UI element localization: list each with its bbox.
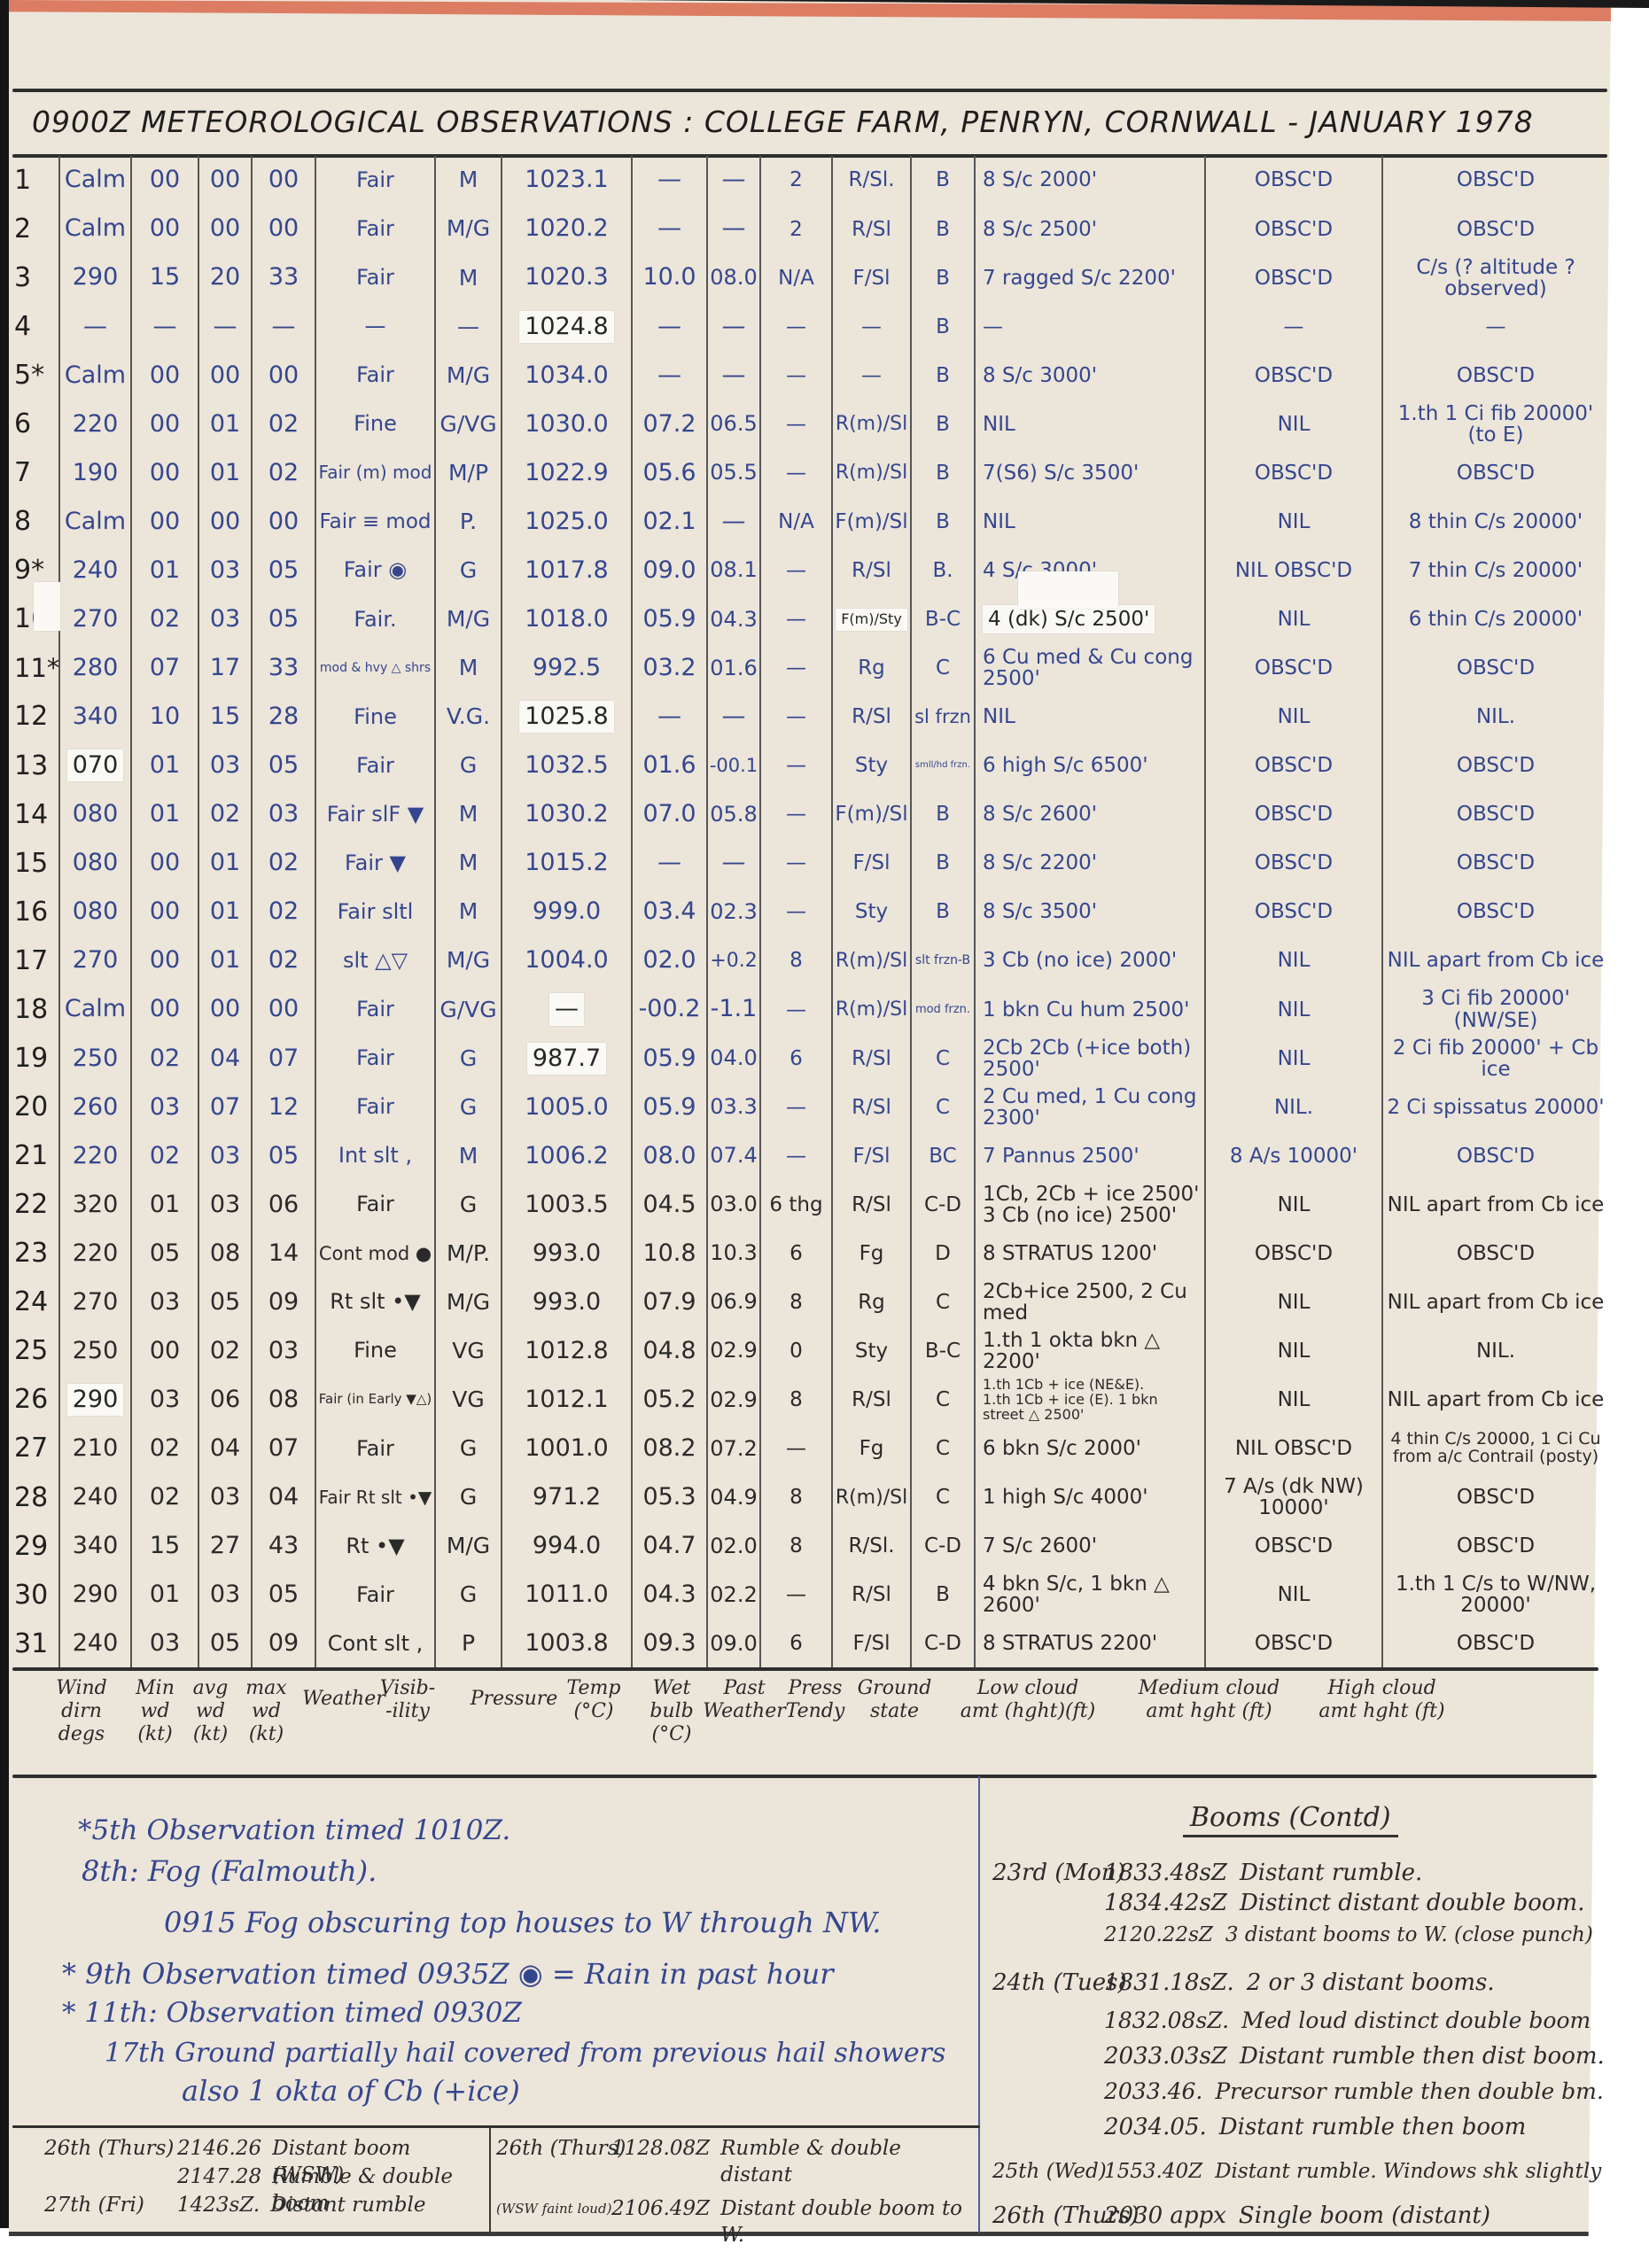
log-entry: (WSW faint loud)2106.49ZDistant double b… (496, 2195, 979, 2249)
legend-ground-state: Ground state (852, 1677, 937, 1723)
cell-high-cloud: OBSC'D (1381, 1131, 1608, 1180)
cell-high-cloud: OBSC'D (1381, 351, 1608, 400)
cell-medium-cloud: OBSC'D (1204, 790, 1381, 839)
cell-text: B (936, 316, 950, 338)
table-row: 26290030608Fair (in Early ▼△)VG1012.105.… (9, 1376, 1608, 1425)
cell-pressure: 1025.8 (501, 693, 631, 742)
cell-text: 1015.2 (525, 850, 608, 875)
cell-text: 993.0 (533, 1241, 601, 1266)
cell-press-tendency: — (831, 351, 910, 400)
cell-high-cloud: NIL apart from Cb ice (1381, 1180, 1608, 1229)
cell-low-cloud: 8 S/c 2000' (974, 156, 1204, 205)
cell-wind-dir: 220 (58, 400, 130, 448)
legend-temp: Temp (°C) (558, 1677, 629, 1723)
legend-avg-wind: avg wd (kt) (182, 1677, 239, 1746)
cell-text: P (462, 1632, 475, 1655)
entry-day: 23rd (Mon) (992, 1858, 1104, 1888)
cell-high-cloud: 6 thin C/s 20000' (1381, 595, 1608, 644)
cell-text: NIL. (1476, 1340, 1515, 1362)
cell-wind-dir: 250 (58, 1327, 130, 1376)
cell-avg-wd: 01 (198, 839, 251, 888)
cell-wet-bulb: 04.9 (706, 1473, 759, 1522)
cell-text: Fair (356, 1096, 394, 1118)
cell-text: C (936, 1438, 950, 1459)
cell-text: NIL OBSC'D (1235, 1438, 1352, 1459)
cell-max-wd: 04 (251, 1473, 315, 1522)
cell-pressure: 1030.0 (501, 400, 631, 448)
cell-wind-dir: 270 (58, 936, 130, 985)
cell-text: 01 (210, 948, 240, 973)
cell-day: 23 (9, 1229, 58, 1278)
table-row: 15080000102Fair ▼M1015.2———F/SlB8 S/c 22… (9, 839, 1608, 888)
cell-past-weather: — (759, 1131, 831, 1180)
cell-wind-dir: 290 (58, 1376, 130, 1425)
cell-text: — (272, 315, 296, 339)
correction-slip-text: 1025.8 (519, 701, 613, 733)
bottom-box-divider (489, 2127, 491, 2232)
entry-time: 2033.46. (1104, 2077, 1202, 2107)
cell-text: 8 STRATUS 2200' (983, 1633, 1157, 1654)
cell-past-weather: — (759, 351, 831, 400)
cell-avg-wd: 08 (198, 1229, 251, 1278)
cell-ground-state: BC (910, 1131, 974, 1180)
cell-text: 05 (268, 1144, 299, 1169)
cell-text: 7 (14, 459, 31, 487)
cell-text: 1022.9 (525, 461, 608, 485)
entry-text: 3 distant booms to W. (close punch) (1225, 1920, 1593, 1950)
cell-avg-wd: 04 (198, 1034, 251, 1083)
cell-min-wd: 01 (130, 1571, 198, 1619)
cell-temp: 05.9 (631, 1083, 706, 1131)
cell-visibility: G (434, 1425, 501, 1473)
cell-text: 15 (150, 265, 180, 290)
cell-pressure: 1034.0 (501, 351, 631, 400)
table-row: 1Calm000000FairM1023.1——2R/Sl.B8 S/c 200… (9, 156, 1608, 205)
cell-pressure: 1030.2 (501, 790, 631, 839)
cell-text: 00 (210, 167, 240, 192)
cell-pressure: 1012.1 (501, 1376, 631, 1425)
entry-text: Rumble & double distant boom to W. (720, 2135, 979, 2192)
cell-medium-cloud: OBSC'D (1204, 351, 1381, 400)
cell-text: NIL OBSC'D (1235, 560, 1352, 581)
title-rule-top (12, 89, 1607, 92)
cell-text: 00 (150, 948, 180, 973)
cell-wet-bulb: 08.0 (706, 253, 759, 302)
cell-visibility: P (434, 1619, 501, 1668)
cell-text: 04 (210, 1436, 240, 1461)
cell-text: — (657, 704, 681, 729)
cell-text: Calm (65, 997, 126, 1021)
cell-text: Fair (356, 267, 394, 289)
cell-day: 3 (9, 253, 58, 302)
cell-text: 8 S/c 2500' (983, 219, 1097, 240)
cell-weather: Fair slF ▼ (315, 790, 434, 839)
cell-text: 09.0 (710, 1633, 757, 1655)
cell-day: 1 (9, 156, 58, 205)
cell-visibility: M/G (434, 351, 501, 400)
cell-text: 8 S/c 2200' (983, 852, 1097, 874)
cell-ground-state: C-D (910, 1522, 974, 1571)
cell-text: 02 (268, 899, 299, 924)
cell-text: 02 (210, 802, 240, 827)
cell-text: 13 (14, 752, 48, 781)
cell-text: 270 (73, 948, 119, 973)
cell-text: 03.4 (642, 899, 696, 924)
cell-text: 00 (150, 899, 180, 924)
cell-text: 05 (150, 1241, 180, 1266)
cell-text: 00 (150, 509, 180, 534)
cell-text: 03 (268, 802, 299, 827)
cell-wind-dir: 320 (58, 1180, 130, 1229)
cell-text: 00 (210, 363, 240, 388)
cell-ground-state: C-D (910, 1180, 974, 1229)
cell-text: 14 (14, 801, 48, 829)
cell-wet-bulb: 08.1 (706, 547, 759, 595)
cell-text: 06 (268, 1192, 299, 1217)
cell-text: 04.7 (642, 1534, 696, 1558)
cell-weather: Fair (315, 985, 434, 1034)
cell-min-wd: 07 (130, 644, 198, 693)
cell-day: 2 (9, 205, 58, 253)
cell-min-wd: 03 (130, 1619, 198, 1668)
cell-ground-state: B (910, 400, 974, 448)
cell-text: M/P. (447, 1242, 490, 1265)
entry-text: Distinct distant double boom. (1240, 1888, 1585, 1918)
cell-low-cloud: 6 high S/c 6500' (974, 742, 1204, 790)
cell-text: 00 (150, 363, 180, 388)
cell-text: 1004.0 (525, 948, 608, 973)
cell-text: 8 S/c 2000' (983, 169, 1097, 190)
cell-text: C-D (924, 1194, 961, 1216)
cell-text: NIL (1278, 1048, 1311, 1069)
cell-text: 00 (150, 1339, 180, 1363)
cell-medium-cloud: OBSC'D (1204, 448, 1381, 497)
cell-text: 2 (789, 169, 803, 190)
cell-avg-wd: 20 (198, 253, 251, 302)
cell-text: 07.9 (642, 1290, 696, 1315)
cell-text: 05.9 (642, 1046, 696, 1071)
cell-text: 1003.5 (525, 1192, 608, 1217)
cell-text: — (657, 315, 681, 339)
cell-text: R/Sl (852, 1097, 891, 1118)
cell-text: 8 (789, 1535, 803, 1557)
cell-min-wd: 00 (130, 888, 198, 936)
cell-high-cloud: OBSC'D (1381, 448, 1608, 497)
cell-press-tendency: Sty (831, 888, 910, 936)
cell-max-wd: — (251, 302, 315, 351)
cell-text: Fine (354, 413, 397, 435)
cell-text: 02.0 (710, 1535, 757, 1557)
cell-press-tendency: Fg (831, 1425, 910, 1473)
cell-max-wd: 02 (251, 888, 315, 936)
cell-avg-wd: 05 (198, 1619, 251, 1668)
cell-text: 02 (150, 1144, 180, 1169)
cell-text: 9* (14, 556, 44, 585)
cell-press-tendency: — (831, 302, 910, 351)
cell-text: 1020.2 (525, 216, 608, 241)
cell-text: — (722, 363, 746, 388)
cell-text: M/G (447, 1291, 490, 1314)
cell-temp: 08.2 (631, 1425, 706, 1473)
cell-text: 00 (210, 216, 240, 241)
cell-min-wd: 02 (130, 1425, 198, 1473)
cell-wet-bulb: — (706, 497, 759, 546)
cell-press-tendency: Sty (831, 742, 910, 790)
cell-press-tendency: R/Sl (831, 1376, 910, 1425)
cell-text: 09.3 (642, 1631, 696, 1656)
cell-visibility: M (434, 839, 501, 888)
entry-time: 1834.42sZ (1104, 1888, 1227, 1918)
cell-text: NIL (983, 511, 1015, 532)
cell-text: NIL (1278, 706, 1311, 727)
cell-text: F/Sl (853, 268, 891, 289)
cell-day: 22 (9, 1180, 58, 1229)
cell-ground-state: B (910, 1571, 974, 1619)
cell-min-wd: 00 (130, 400, 198, 448)
cell-max-wd: 43 (251, 1522, 315, 1571)
cell-text: 33 (268, 656, 299, 680)
cell-wind-dir: — (58, 302, 130, 351)
table-row: 4——————1024.8————B——— (9, 302, 1608, 351)
cell-text: 02 (268, 412, 299, 437)
cell-wet-bulb: 04.3 (706, 595, 759, 644)
cell-text: mod frzn. (915, 1004, 970, 1016)
cell-ground-state: B (910, 302, 974, 351)
cell-visibility: M (434, 253, 501, 302)
cell-avg-wd: 03 (198, 1180, 251, 1229)
cell-text: OBSC'D (1457, 657, 1535, 679)
cell-text: 05.6 (642, 461, 696, 485)
cell-avg-wd: 01 (198, 448, 251, 497)
cell-past-weather: 8 (759, 1473, 831, 1522)
cell-wind-dir: 340 (58, 693, 130, 742)
cell-text: Calm (65, 363, 126, 388)
cell-visibility: V.G. (434, 693, 501, 742)
cell-wind-dir: 080 (58, 888, 130, 936)
cell-visibility: G (434, 547, 501, 595)
cell-past-weather: 8 (759, 1376, 831, 1425)
cell-temp: 07.9 (631, 1278, 706, 1326)
cell-temp: 05.9 (631, 1034, 706, 1083)
cell-text: 04 (268, 1485, 299, 1510)
cell-text: 270 (73, 1290, 119, 1315)
cell-high-cloud: OBSC'D (1381, 1522, 1608, 1571)
table-row: 8Calm000000Fair ≡ modP.1025.002.1—N/AF(m… (9, 497, 1608, 546)
cell-text: OBSC'D (1457, 755, 1535, 776)
cell-weather: Fair ▼ (315, 839, 434, 888)
cell-text: 02 (150, 607, 180, 632)
cell-text: 994.0 (533, 1534, 601, 1558)
cell-text: 1003.8 (525, 1631, 608, 1656)
cell-text: 340 (73, 1534, 119, 1558)
cell-text: 210 (73, 1436, 119, 1461)
cell-day: 26 (9, 1376, 58, 1425)
cell-text: Calm (65, 216, 126, 241)
table-row: 21220020305Int slt ,M1006.208.007.4—F/Sl… (9, 1131, 1608, 1180)
cell-day: 15 (9, 839, 58, 888)
entry-time: 2033.03sZ (1104, 2041, 1227, 2071)
cell-low-cloud: 1Cb, 2Cb + ice 2500' 3 Cb (no ice) 2500' (974, 1180, 1204, 1229)
cell-text: R/Sl. (848, 169, 894, 190)
cell-pressure: 1023.1 (501, 156, 631, 205)
entry-text: Distant rumble. (1240, 1858, 1422, 1888)
cell-min-wd: 02 (130, 595, 198, 644)
table-row: 20260030712FairG1005.005.903.3—R/SlC2 Cu… (9, 1083, 1608, 1131)
cell-text: Sty (855, 755, 888, 776)
cell-text: — (722, 216, 746, 241)
cell-high-cloud: 2 Ci fib 20000' + Cb ice (1381, 1034, 1608, 1083)
cell-wind-dir: 220 (58, 1229, 130, 1278)
cell-low-cloud: 7 ragged S/c 2200' (974, 253, 1204, 302)
cell-temp: — (631, 351, 706, 400)
cell-wet-bulb: 10.3 (706, 1229, 759, 1278)
cell-text: OBSC'D (1255, 852, 1333, 874)
cell-temp: 05.6 (631, 448, 706, 497)
cell-text: 08.0 (710, 267, 757, 289)
cell-text: sl frzn (914, 707, 971, 726)
cell-text: — (1284, 316, 1304, 338)
cell-max-wd: 02 (251, 839, 315, 888)
cell-wet-bulb: — (706, 156, 759, 205)
cell-max-wd: 03 (251, 1327, 315, 1376)
cell-wind-dir: Calm (58, 351, 130, 400)
cell-text: Rt •▼ (346, 1535, 404, 1557)
cell-text: NIL (1278, 1194, 1311, 1216)
cell-text: 02.9 (710, 1340, 757, 1362)
cell-text: Fair (356, 1584, 394, 1606)
cell-ground-state: B (910, 448, 974, 497)
cell-text: Fair (356, 1047, 394, 1069)
cell-text: 12 (14, 703, 48, 731)
cell-text: F/Sl (853, 1633, 891, 1654)
cell-text: 02.0 (642, 948, 696, 973)
cell-text: NIL (1278, 999, 1311, 1021)
cell-pressure: 999.0 (501, 888, 631, 936)
cell-past-weather: — (759, 1425, 831, 1473)
cell-max-wd: 05 (251, 1131, 315, 1180)
cell-text: 971.2 (533, 1485, 601, 1510)
cell-text: OBSC'D (1255, 1535, 1333, 1557)
cell-low-cloud: NIL (974, 497, 1204, 546)
cell-text: 270 (73, 607, 119, 632)
cell-text: OBSC'D (1255, 268, 1333, 289)
cell-ground-state: C-D (910, 1619, 974, 1668)
cell-visibility: G (434, 1571, 501, 1619)
cell-weather: Fair ◉ (315, 547, 434, 595)
cell-ground-state: C (910, 1376, 974, 1425)
cell-temp: 05.3 (631, 1473, 706, 1522)
cell-max-wd: 00 (251, 985, 315, 1034)
cell-text: 07.4 (710, 1145, 757, 1167)
cell-day: 28 (9, 1473, 58, 1522)
cell-text: 03 (210, 1485, 240, 1510)
cell-temp: 04.8 (631, 1327, 706, 1376)
cell-weather: mod & hvy △ shrs (315, 644, 434, 693)
cell-text: 08 (268, 1387, 299, 1412)
cell-low-cloud: NIL (974, 693, 1204, 742)
cell-avg-wd: 01 (198, 888, 251, 936)
correction-slip-text: 4 (dk) S/c 2500' (983, 605, 1155, 633)
cell-text: R(m)/Sl (836, 414, 907, 434)
cell-medium-cloud: OBSC'D (1204, 156, 1381, 205)
cell-text: 320 (73, 1192, 119, 1217)
cell-text: NIL (1278, 1584, 1311, 1605)
cell-text: 05 (268, 558, 299, 583)
entry-day: (WSW faint loud) (496, 2195, 611, 2222)
cell-text: 7 S/c 2600' (983, 1535, 1097, 1557)
cell-text: 02 (268, 850, 299, 875)
cell-text: 20 (14, 1093, 48, 1122)
cell-text: — (657, 850, 681, 875)
cell-visibility: G (434, 742, 501, 790)
cell-text: 6 thin C/s 20000' (1409, 609, 1583, 630)
cell-pressure: 1020.3 (501, 253, 631, 302)
cell-text: 240 (73, 558, 119, 583)
cell-weather: Fair ≡ mod (315, 497, 434, 546)
cell-avg-wd: 07 (198, 1083, 251, 1131)
table-row: 13070010305FairG1032.501.6-00.1—Stysmll/… (9, 742, 1608, 790)
cell-day: 11* (9, 644, 58, 693)
cell-medium-cloud: NIL OBSC'D (1204, 1425, 1381, 1473)
cell-text: 03 (150, 1290, 180, 1315)
cell-low-cloud: 6 Cu med & Cu cong 2500' (974, 644, 1204, 693)
cell-text: 2 Cu med, 1 Cu cong 2300' (983, 1086, 1202, 1129)
cell-text: 10.3 (710, 1242, 757, 1264)
cell-text: 03.2 (642, 656, 696, 680)
cell-ground-state: B (910, 253, 974, 302)
cell-text: 0 (789, 1340, 803, 1362)
cell-ground-state: B-C (910, 1327, 974, 1376)
cell-medium-cloud: NIL. (1204, 1083, 1381, 1131)
cell-visibility: — (434, 302, 501, 351)
cell-text: — (786, 804, 806, 825)
cell-text: — (365, 315, 386, 338)
cell-avg-wd: 03 (198, 595, 251, 644)
cell-press-tendency: F(m)/Sty (831, 595, 910, 644)
cell-press-tendency: R(m)/Sl (831, 936, 910, 985)
entry-time: 2034.05. (1104, 2112, 1207, 2142)
cell-ground-state: C (910, 644, 974, 693)
cell-temp: 08.0 (631, 1131, 706, 1180)
cell-text: R/Sl (852, 560, 891, 581)
cell-weather: Fair Rt slt •▼ (315, 1473, 434, 1522)
log-entry: 27th (Fri)1423sZ.Distant rumble (44, 2192, 487, 2218)
cell-text: 00 (210, 997, 240, 1021)
cell-medium-cloud: NIL (1204, 1571, 1381, 1619)
cell-min-wd: 01 (130, 1180, 198, 1229)
entry-day: 27th (Fri) (44, 2192, 177, 2218)
cell-text: 280 (73, 656, 119, 680)
cell-text: M (459, 803, 478, 826)
cell-text: 04.0 (710, 1047, 757, 1069)
cell-text: — (722, 167, 746, 192)
cell-text: C (936, 1048, 950, 1069)
cell-temp: — (631, 693, 706, 742)
cell-text: VG (452, 1388, 484, 1411)
cell-ground-state: smll/hd frzn. (910, 742, 974, 790)
cell-text: F/Sl (853, 1146, 891, 1167)
cell-text: 1001.0 (525, 1436, 608, 1461)
cell-text: 00 (210, 509, 240, 534)
cell-press-tendency: R/Sl (831, 547, 910, 595)
cell-text: 080 (73, 899, 119, 924)
cell-visibility: M/G (434, 205, 501, 253)
cell-wet-bulb: 05.5 (706, 448, 759, 497)
cell-text: — (786, 706, 806, 727)
cell-text: V.G. (447, 705, 490, 728)
cell-pressure: 1018.0 (501, 595, 631, 644)
note-line: 0915 Fog obscuring top houses to W throu… (164, 1905, 961, 1940)
